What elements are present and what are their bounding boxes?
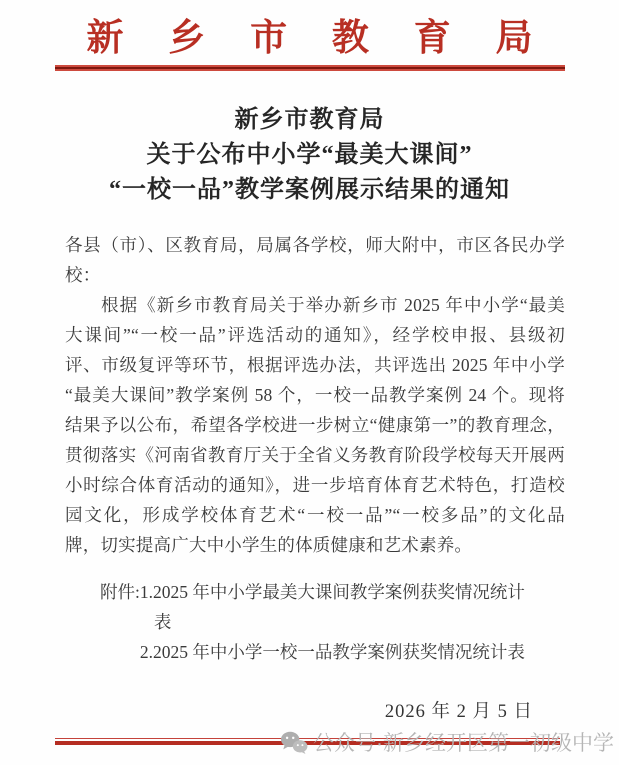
letterhead: 新 乡 市 教 育 局 bbox=[0, 0, 619, 71]
title-line: 关于公布中小学“最美大课间” bbox=[0, 138, 619, 173]
body-line: 园文化，形成学校体育艺术“一校一品”“一校多品”的文化品 bbox=[65, 500, 565, 530]
wechat-icon bbox=[280, 731, 308, 754]
agency-char: 育 bbox=[414, 16, 451, 62]
body-line: 校： bbox=[65, 260, 565, 290]
body-line: 根据《新乡市教育局关于举办新乡市 2025 年中小学“最美 bbox=[65, 290, 565, 320]
attachment-item: 1.2025 年中小学最美大课间教学案例获奖情况统计 bbox=[140, 577, 525, 607]
body-line: 各县（市）、区教育局，局属各学校，师大附中，市区各民办学 bbox=[65, 230, 565, 260]
body-line: 结果予以公布，希望各学校进一步树立“健康第一”的教育理念， bbox=[65, 410, 565, 440]
watermark: 公众号·新乡经开区第一初级中学 bbox=[280, 727, 614, 757]
agency-char: 局 bbox=[495, 16, 532, 62]
agency-char: 新 bbox=[87, 16, 124, 62]
attachment-item-continuation: 表 bbox=[140, 607, 525, 637]
body-line: 贯彻落实《河南省教育厅关于全省义务教育阶段学校每天开展两 bbox=[65, 440, 565, 470]
body-line: 牌，切实提高广大中小学生的体质健康和艺术素养。 bbox=[65, 530, 565, 560]
attachments-label: 附件: bbox=[100, 577, 140, 667]
title-line: 新乡市教育局 bbox=[0, 103, 619, 138]
agency-name: 新 乡 市 教 育 局 bbox=[87, 16, 533, 62]
attachments-block: 附件: 1.2025 年中小学最美大课间教学案例获奖情况统计 表 2.2025 … bbox=[100, 577, 619, 667]
attachment-item: 2.2025 年中小学一校一品教学案例获奖情况统计表 bbox=[140, 637, 525, 667]
document-body: 各县（市）、区教育局，局属各学校，师大附中，市区各民办学 校： 根据《新乡市教育… bbox=[65, 230, 565, 560]
issue-date: 2026 年 2 月 5 日 bbox=[0, 697, 619, 723]
agency-char: 教 bbox=[332, 16, 369, 62]
document-page: 新 乡 市 教 育 局 新乡市教育局 关于公布中小学“最美大课间” “一校一品”… bbox=[0, 0, 619, 765]
title-line: “一校一品”教学案例展示结果的通知 bbox=[0, 173, 619, 208]
agency-char: 乡 bbox=[168, 16, 205, 62]
document-title: 新乡市教育局 关于公布中小学“最美大课间” “一校一品”教学案例展示结果的通知 bbox=[0, 103, 619, 208]
body-line: 大课间”“一校一品”评选活动的通知》，经学校申报、县级初 bbox=[65, 320, 565, 350]
agency-char: 市 bbox=[250, 16, 287, 62]
body-line: “最美大课间”教学案例 58 个，一校一品教学案例 24 个。现将 bbox=[65, 380, 565, 410]
watermark-text: 公众号·新乡经开区第一初级中学 bbox=[313, 727, 614, 757]
body-line: 评、市级复评等环节，根据评选办法，共评选出 2025 年中小学 bbox=[65, 350, 565, 380]
attachments-list: 1.2025 年中小学最美大课间教学案例获奖情况统计 表 2.2025 年中小学… bbox=[140, 577, 525, 667]
body-line: 小时综合体育活动的通知》，进一步培育体育艺术特色，打造校 bbox=[65, 470, 565, 500]
letterhead-rule bbox=[55, 65, 565, 71]
